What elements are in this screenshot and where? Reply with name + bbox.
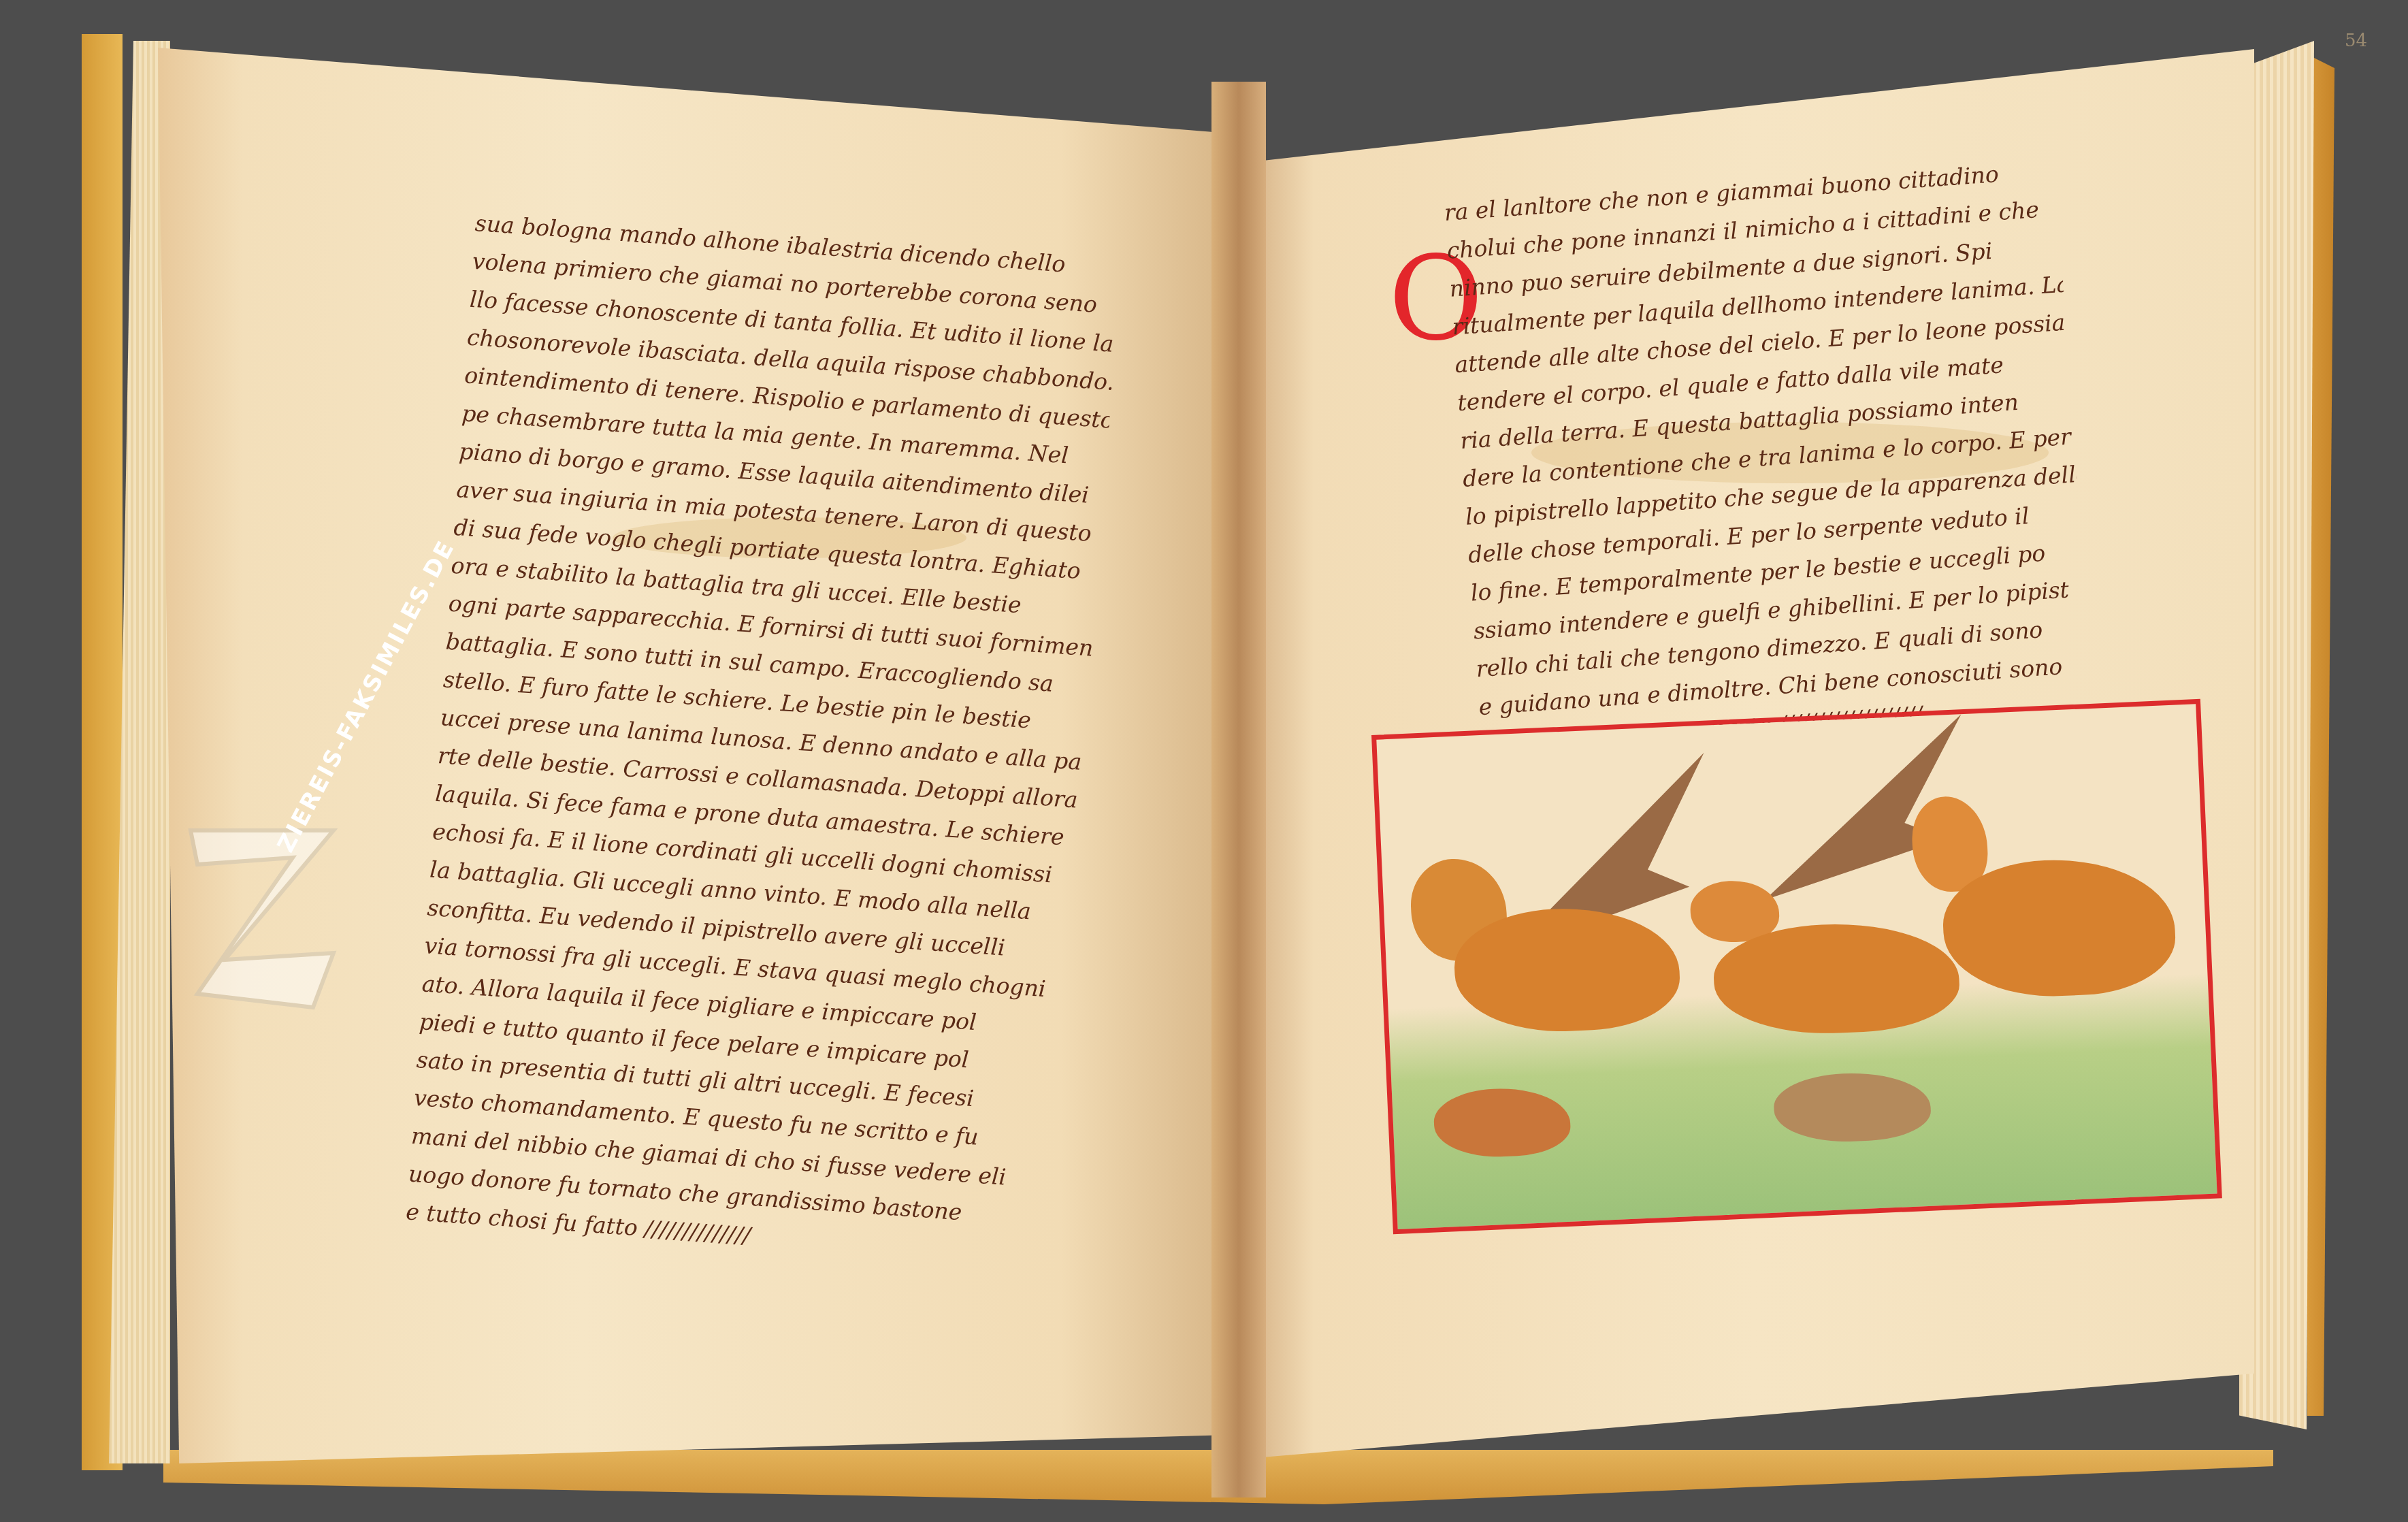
manuscript-miniature bbox=[1371, 699, 2222, 1234]
small-goat bbox=[1433, 1086, 1572, 1160]
book-gutter bbox=[1211, 82, 1266, 1497]
folio-number: 54 bbox=[2345, 31, 2367, 51]
open-book: 54 sua bologna mando alhone ibalestria d… bbox=[0, 0, 2408, 1522]
right-page-text: ra el lanltore che non e giammai buono c… bbox=[1443, 151, 2094, 764]
ziereis-logo-icon bbox=[177, 817, 354, 1021]
small-dog bbox=[1772, 1070, 1932, 1145]
left-page-text: sua bologna mando alhone ibalestria dice… bbox=[405, 204, 1122, 1276]
red-initial-letter: O bbox=[1388, 245, 1450, 354]
